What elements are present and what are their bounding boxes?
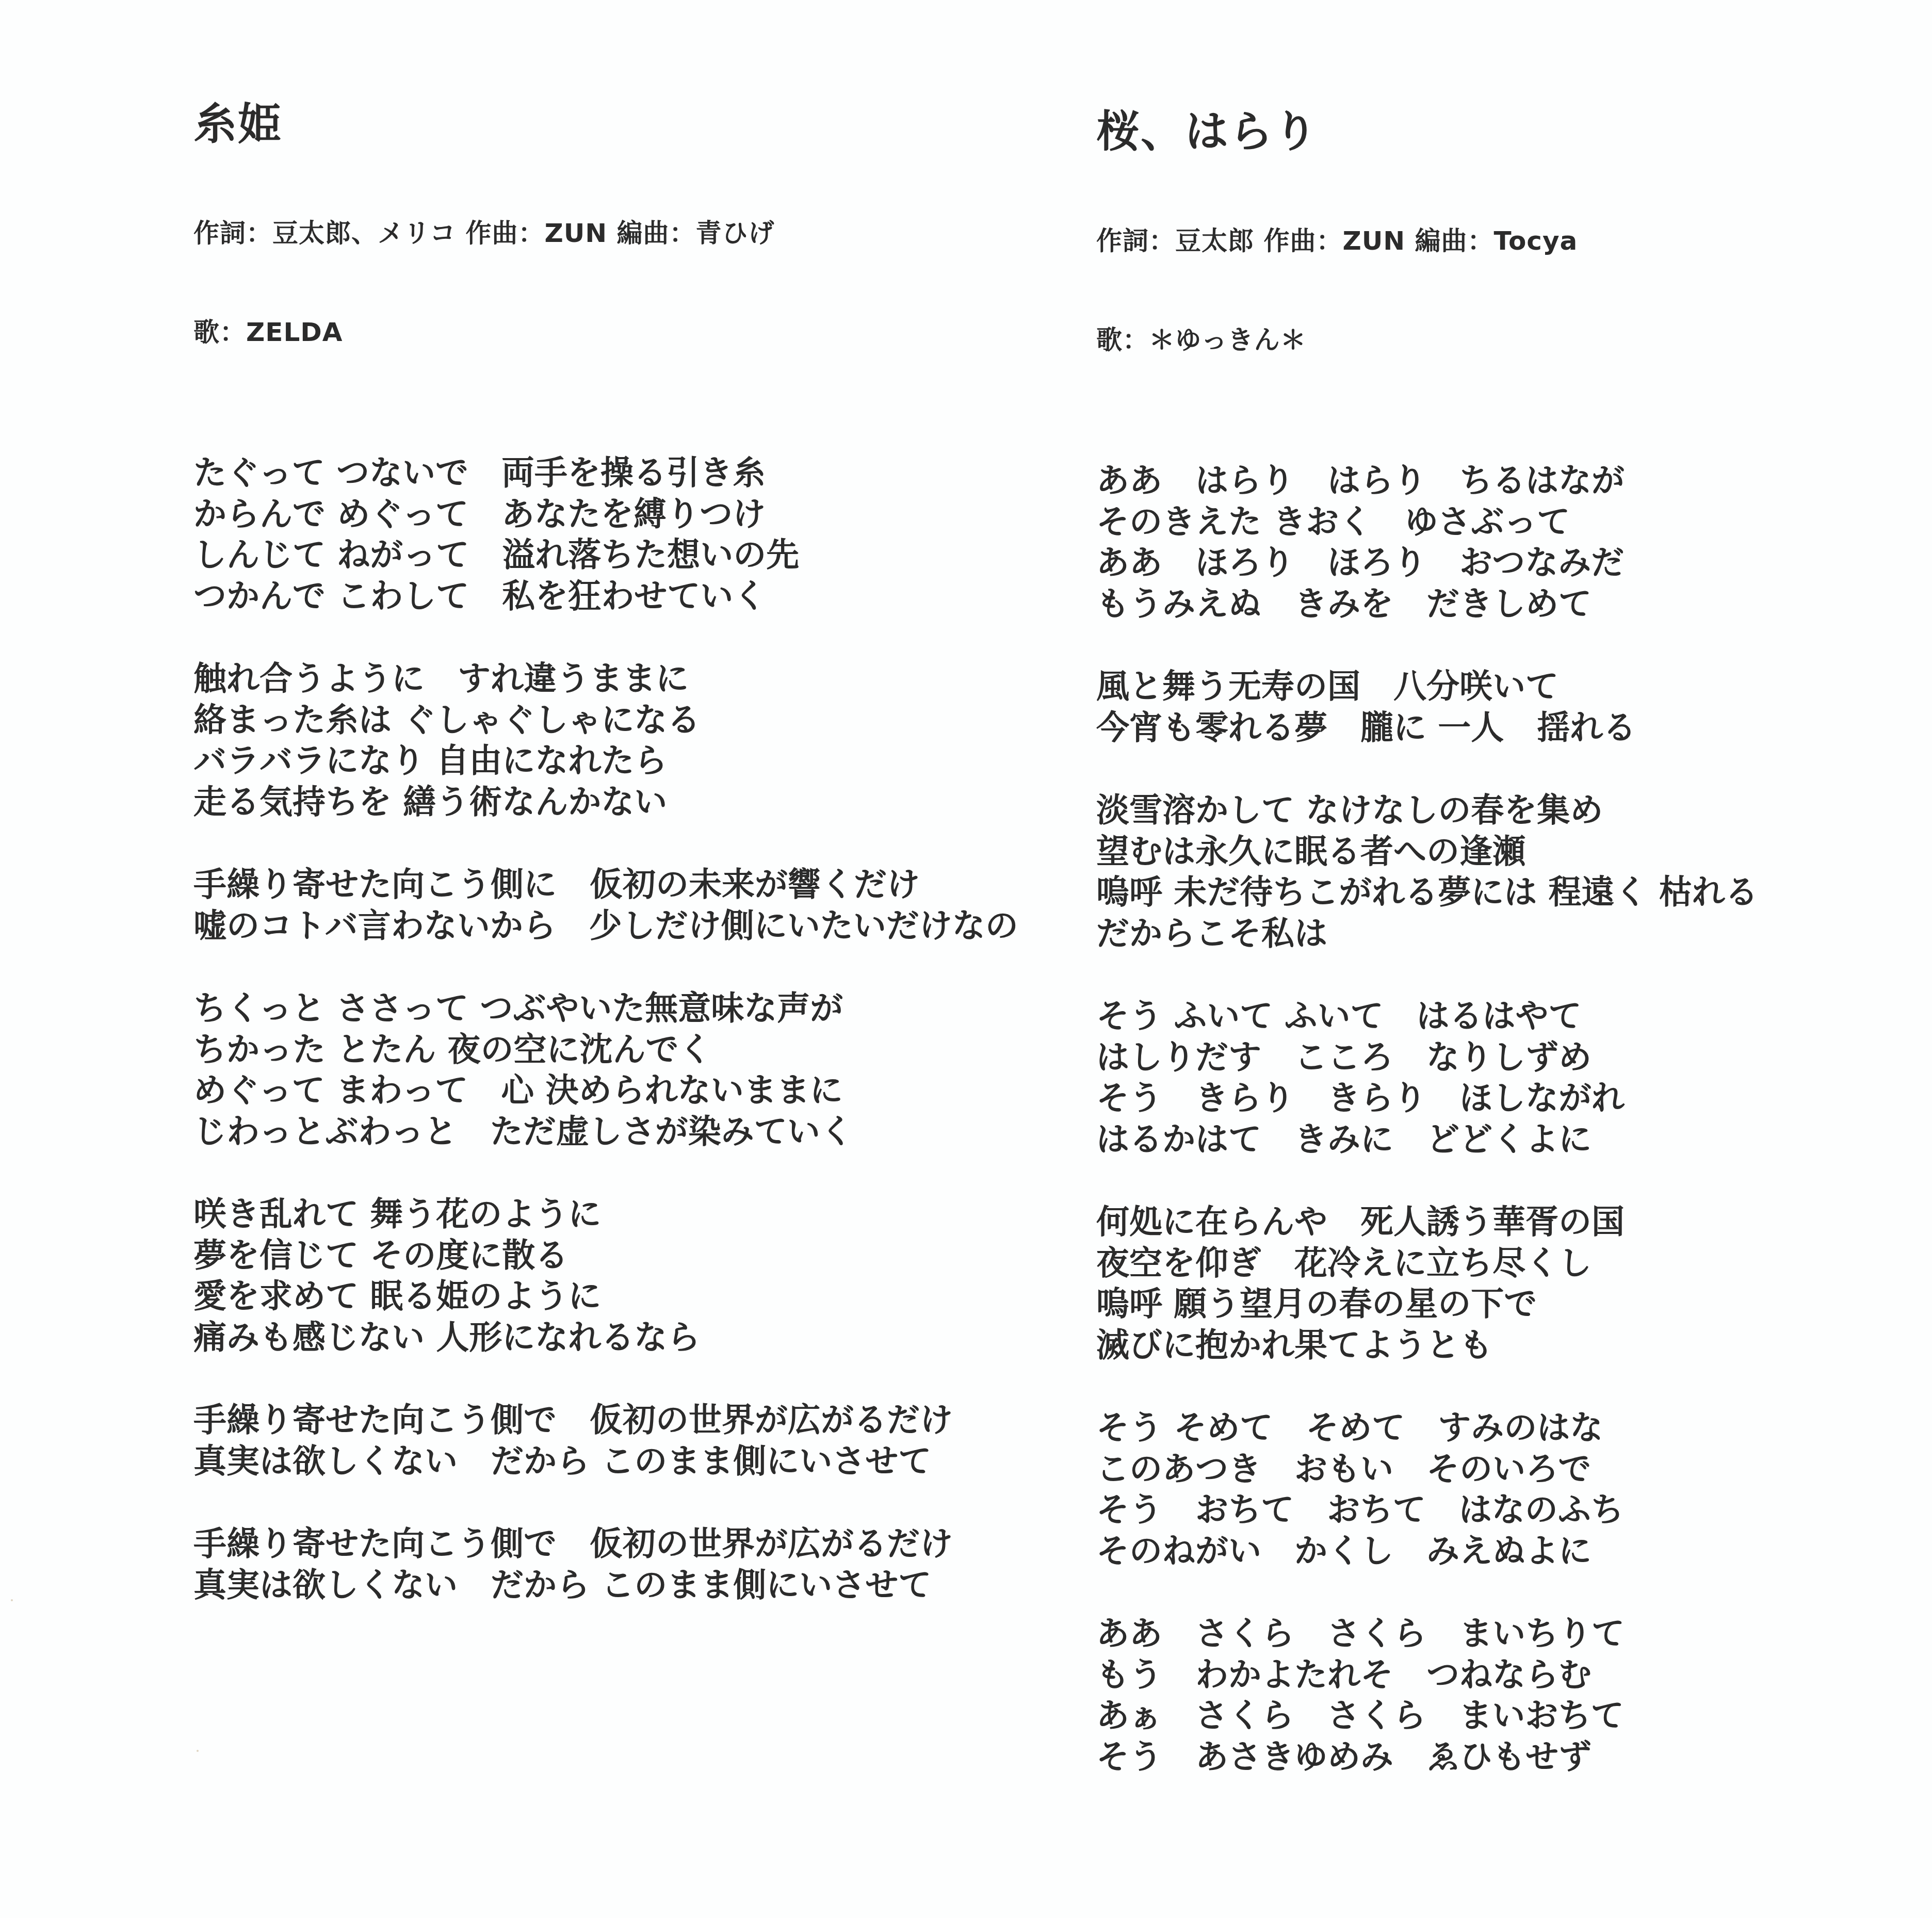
lyric-line: ああ ほろり ほろり おつなみだ	[1096, 543, 1896, 584]
scan-speck	[197, 1750, 199, 1752]
lyric-line: はしりだす こころ なりしずめ	[1096, 1037, 1896, 1079]
credits-writers: 作詞：豆太郎 作曲：ZUN 編曲：Tocya	[1096, 224, 1896, 257]
lyric-line: 絡まった糸は ぐしゃぐしゃになる	[193, 700, 1045, 741]
lyric-line: 手繰り寄せた向こう側で 仮初の世界が広がるだけ	[193, 1524, 1045, 1565]
scan-speck	[11, 1599, 13, 1601]
lyric-line: めぐって まわって 心 決められないままに	[193, 1070, 1045, 1112]
lyric-line: ちかった とたん 夜の空に沈んでく	[193, 1030, 1045, 1071]
lyric-line: そのきえた きおく ゆさぶって	[1096, 502, 1896, 543]
lyric-line: 嗚呼 願う望月の春の星の下で	[1096, 1284, 1896, 1325]
lyric-line: からんで めぐって あなたを縛りつけ	[193, 494, 1045, 535]
lyric-line: 愛を求めて 眠る姫のように	[193, 1276, 1045, 1318]
lyric-line: そう ふいて ふいて はるはやて	[1096, 996, 1896, 1037]
lyric-line: たぐって つないで 両手を操る引き糸	[193, 453, 1045, 494]
credits-writers: 作詞：豆太郎、メリコ 作曲：ZUN 編曲：青ひげ	[193, 217, 1045, 250]
song-credits: 作詞：豆太郎 作曲：ZUN 編曲：Tocya 歌：＊ゆっきん＊	[1096, 158, 1896, 422]
lyric-line: 何処に在らんや 死人誘う華胥の国	[1096, 1202, 1896, 1243]
song-title: 糸姫	[193, 98, 1045, 150]
stanza: ちくっと ささって つぶやいた無意味な声が ちかった とたん 夜の空に沈んでく …	[193, 988, 1045, 1152]
lyric-line: ちくっと ささって つぶやいた無意味な声が	[193, 988, 1045, 1030]
lyric-line: はるかはて きみに どどくよに	[1096, 1119, 1896, 1161]
credits-vocal: 歌：＊ゆっきん＊	[1096, 323, 1896, 356]
lyric-line: あぁ さくら さくら まいおちて	[1096, 1696, 1896, 1737]
lyric-line: 嘘のコトバ言わないから 少しだけ側にいたいだけなの	[193, 906, 1045, 947]
lyric-line: そう おちて おちて はなのふち	[1096, 1490, 1896, 1531]
lyric-line: 手繰り寄せた向こう側で 仮初の世界が広がるだけ	[193, 1400, 1045, 1441]
lyric-line: 触れ合うように すれ違うままに	[193, 659, 1045, 700]
lyric-line: 走る気持ちを 繕う術なんかない	[193, 782, 1045, 823]
stanza: そう そめて そめて すみのはな このあつき おもい そのいろで そう おちて …	[1096, 1408, 1896, 1572]
lyric-line: このあつき おもい そのいろで	[1096, 1449, 1896, 1490]
stanza: ああ さくら さくら まいちりて もう わかよたれそ つねならむ あぁ さくら …	[1096, 1614, 1896, 1778]
lyric-line: 今宵も零れる夢 朧に 一人 揺れる	[1096, 708, 1896, 749]
song-itohime: 糸姫 作詞：豆太郎、メリコ 作曲：ZUN 編曲：青ひげ 歌：ZELDA たぐって…	[193, 98, 1045, 1648]
stanza: 手繰り寄せた向こう側に 仮初の未来が響くだけ 嘘のコトバ言わないから 少しだけ側…	[193, 865, 1045, 947]
lyric-line: 淡雪溶かして なけなしの春を集め	[1096, 790, 1896, 832]
lyric-line: もうみえぬ きみを だきしめて	[1096, 584, 1896, 625]
lyric-line: つかんで こわして 私を狂わせていく	[193, 576, 1045, 617]
stanza: 手繰り寄せた向こう側で 仮初の世界が広がるだけ 真実は欲しくない だから このま…	[193, 1524, 1045, 1606]
lyric-line: しんじて ねがって 溢れ落ちた想いの先	[193, 535, 1045, 576]
lyric-line: じわっとぶわっと ただ虚しさが染みていく	[193, 1112, 1045, 1153]
credits-vocal: 歌：ZELDA	[193, 316, 1045, 349]
lyrics-body: ああ はらり はらり ちるはなが そのきえた きおく ゆさぶって ああ ほろり …	[1096, 461, 1896, 1778]
lyric-line: 滅びに抱かれ果てようとも	[1096, 1325, 1896, 1367]
stanza: 風と舞う无寿の国 八分咲いて 今宵も零れる夢 朧に 一人 揺れる	[1096, 667, 1896, 749]
song-credits: 作詞：豆太郎、メリコ 作曲：ZUN 編曲：青ひげ 歌：ZELDA	[193, 151, 1045, 415]
stanza: たぐって つないで 両手を操る引き糸 からんで めぐって あなたを縛りつけ しん…	[193, 453, 1045, 617]
lyric-line: ああ さくら さくら まいちりて	[1096, 1614, 1896, 1655]
lyric-line: 咲き乱れて 舞う花のように	[193, 1194, 1045, 1236]
lyric-line: 風と舞う无寿の国 八分咲いて	[1096, 667, 1896, 708]
song-title: 桜、はらり	[1096, 106, 1896, 157]
lyric-line: そう きらり きらり ほしながれ	[1096, 1078, 1896, 1119]
lyric-line: そのねがい かくし みえぬよに	[1096, 1531, 1896, 1572]
lyric-line: バラバラになり 自由になれたら	[193, 741, 1045, 782]
stanza: そう ふいて ふいて はるはやて はしりだす こころ なりしずめ そう きらり …	[1096, 996, 1896, 1160]
lyric-line: そう あさきゆめみ ゑひもせず	[1096, 1737, 1896, 1778]
stanza: 手繰り寄せた向こう側で 仮初の世界が広がるだけ 真実は欲しくない だから このま…	[193, 1400, 1045, 1482]
lyric-line: 真実は欲しくない だから このまま側にいさせて	[193, 1441, 1045, 1483]
lyric-line: 真実は欲しくない だから このまま側にいさせて	[193, 1565, 1045, 1606]
stanza: 何処に在らんや 死人誘う華胥の国 夜空を仰ぎ 花冷えに立ち尽くし 嗚呼 願う望月…	[1096, 1202, 1896, 1366]
lyric-line: 夢を信じて その度に散る	[193, 1236, 1045, 1277]
lyric-line: 嗚呼 未だ待ちこがれる夢には 程遠く 枯れる	[1096, 872, 1896, 914]
lyrics-body: たぐって つないで 両手を操る引き糸 からんで めぐって あなたを縛りつけ しん…	[193, 453, 1045, 1606]
lyric-line: 手繰り寄せた向こう側に 仮初の未来が響くだけ	[193, 865, 1045, 906]
stanza: 咲き乱れて 舞う花のように 夢を信じて その度に散る 愛を求めて 眠る姫のように…	[193, 1194, 1045, 1358]
lyric-line: ああ はらり はらり ちるはなが	[1096, 461, 1896, 502]
lyric-line: もう わかよたれそ つねならむ	[1096, 1655, 1896, 1696]
lyrics-booklet-page: { "page": { "background": "#fdfefe", "te…	[0, 0, 1932, 1918]
song-sakura-harari: 桜、はらり 作詞：豆太郎 作曲：ZUN 編曲：Tocya 歌：＊ゆっきん＊ ああ…	[1096, 106, 1896, 1819]
lyric-line: 痛みも感じない 人形になれるなら	[193, 1318, 1045, 1359]
stanza: 淡雪溶かして なけなしの春を集め 望むは永久に眠る者への逢瀬 嗚呼 未だ待ちこが…	[1096, 790, 1896, 954]
lyric-line: だからこそ私は	[1096, 914, 1896, 955]
lyric-line: 望むは永久に眠る者への逢瀬	[1096, 832, 1896, 873]
lyric-line: そう そめて そめて すみのはな	[1096, 1408, 1896, 1449]
lyric-line: 夜空を仰ぎ 花冷えに立ち尽くし	[1096, 1243, 1896, 1285]
stanza: 触れ合うように すれ違うままに 絡まった糸は ぐしゃぐしゃになる バラバラになり…	[193, 659, 1045, 823]
stanza: ああ はらり はらり ちるはなが そのきえた きおく ゆさぶって ああ ほろり …	[1096, 461, 1896, 625]
